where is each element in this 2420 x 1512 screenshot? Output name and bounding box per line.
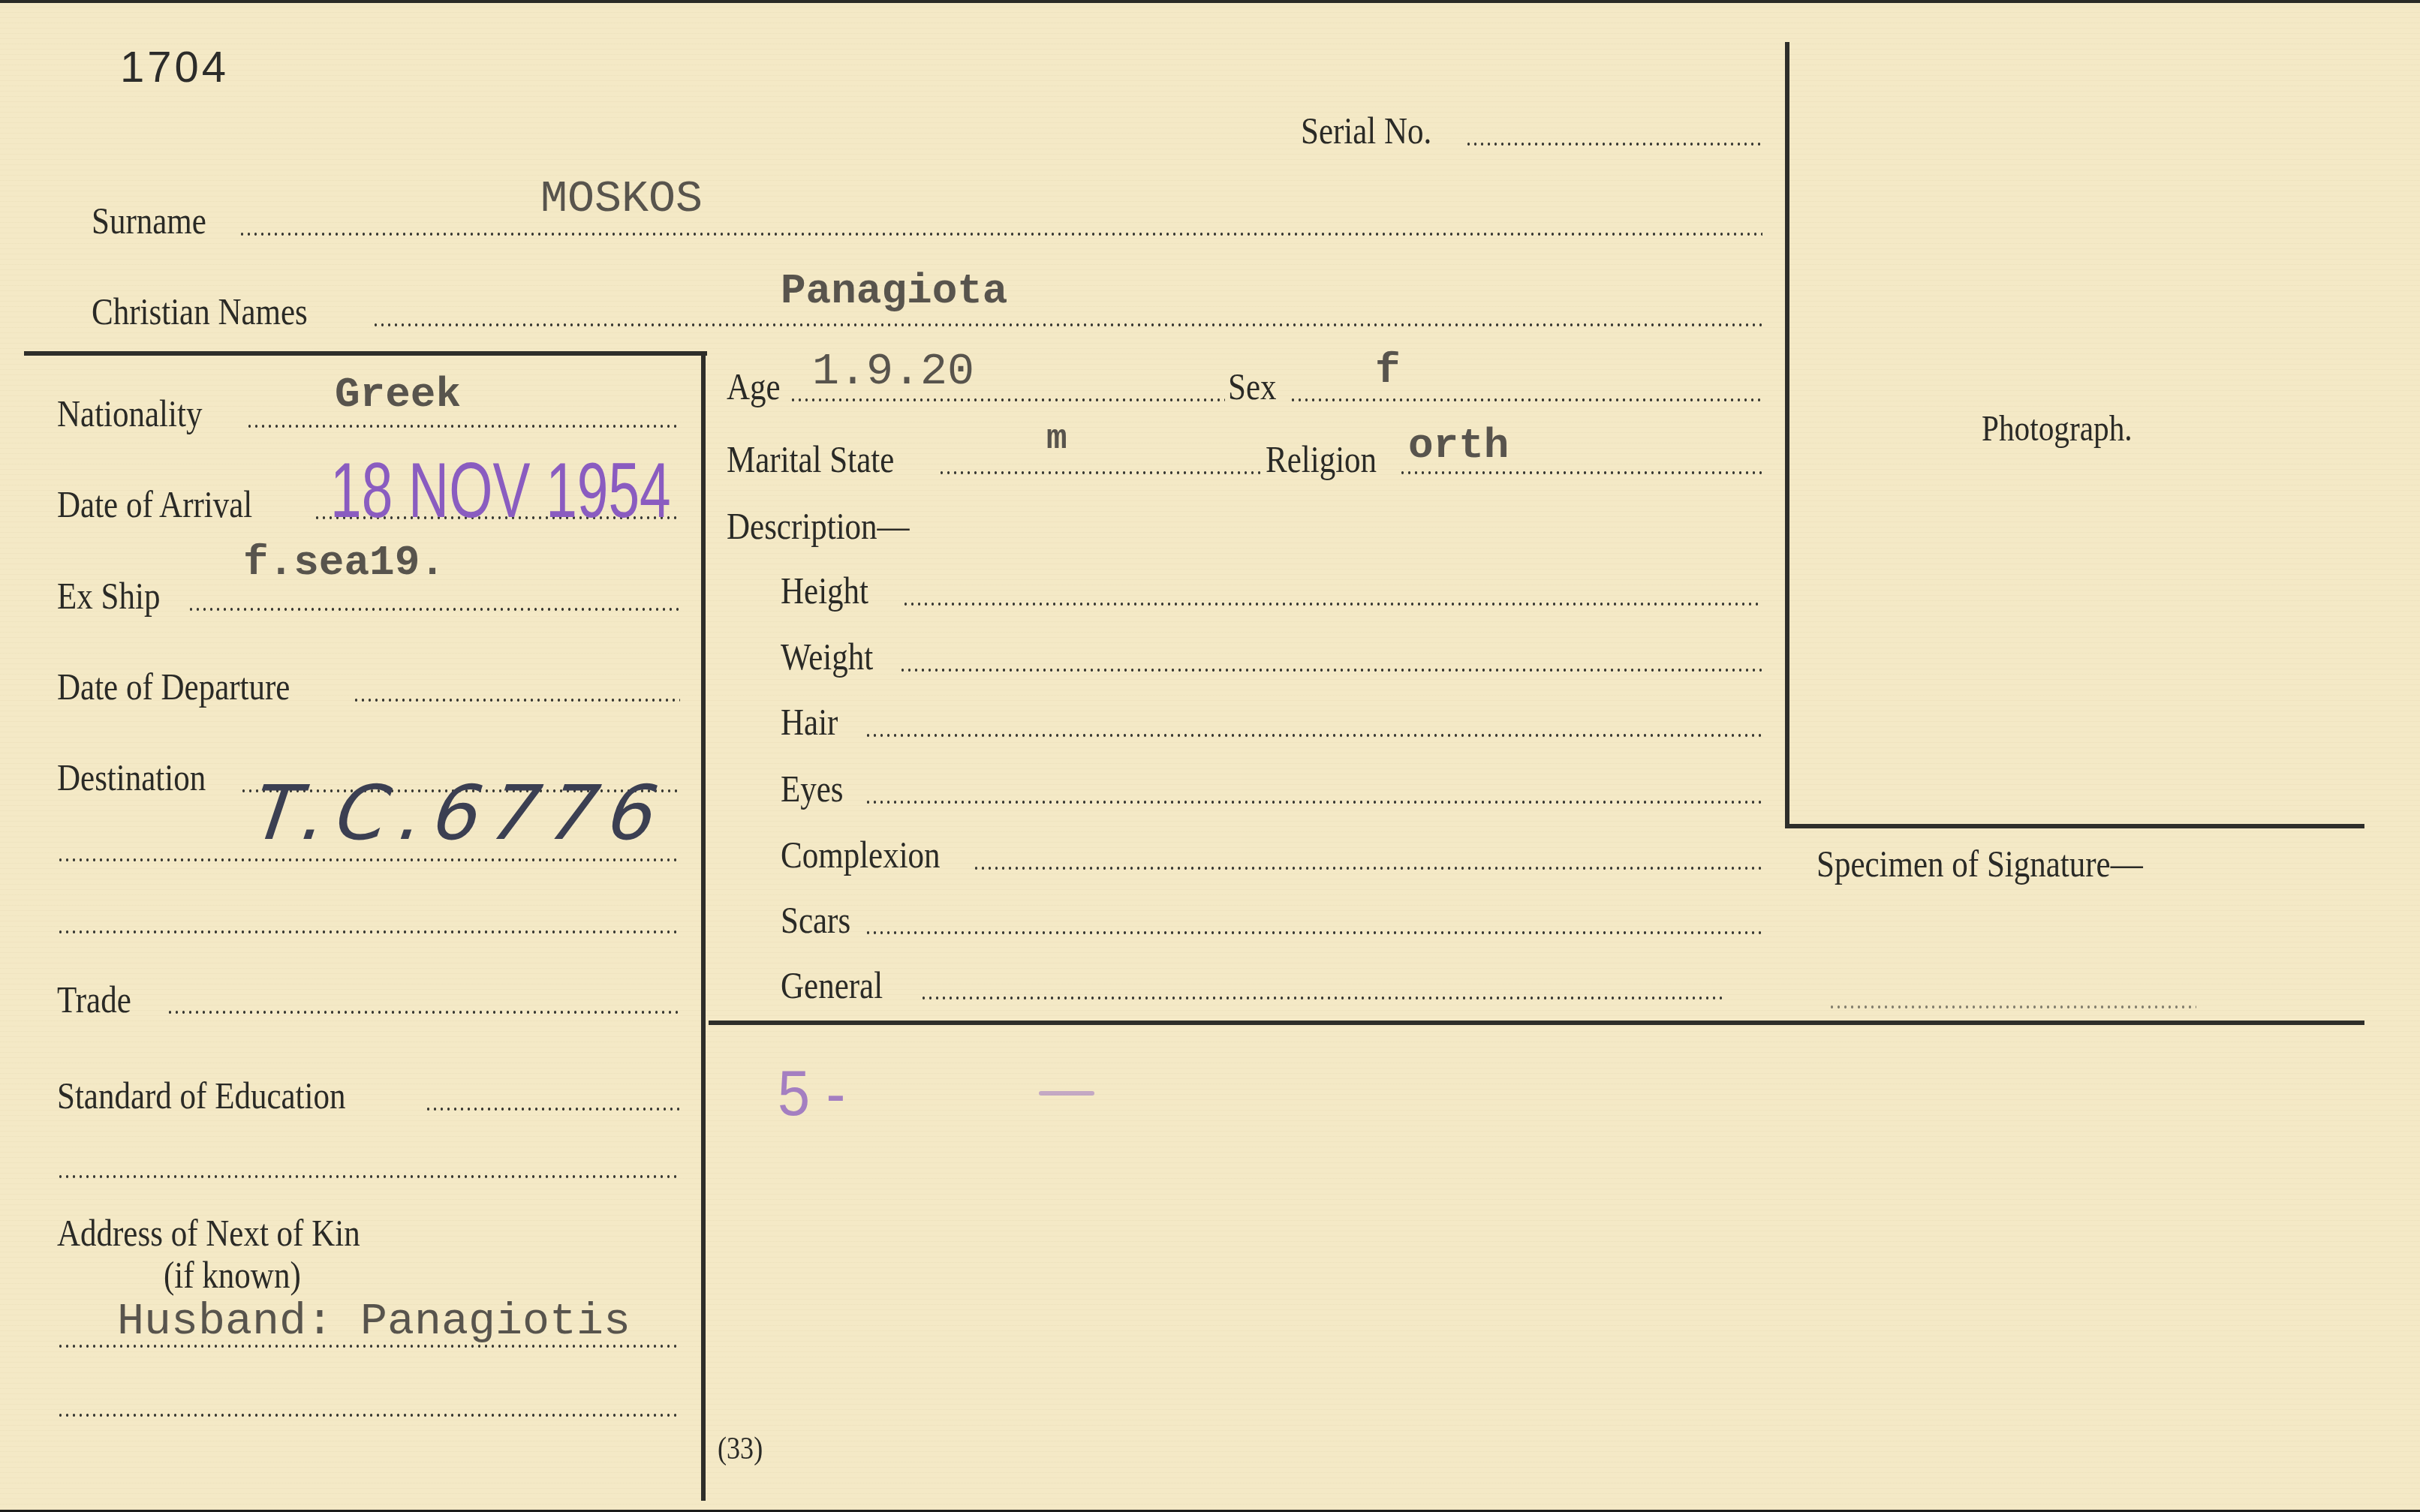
description-bottom-rule [709, 1021, 2364, 1025]
weight-field[interactable] [899, 669, 1762, 672]
photograph-area [1794, 48, 2364, 821]
complexion-label: Complexion [781, 836, 941, 873]
next-of-kin-sublabel: (if known) [164, 1256, 301, 1294]
ex-ship-label: Ex Ship [57, 577, 160, 615]
date-of-departure-field[interactable] [353, 699, 680, 702]
surname-field[interactable] [239, 233, 1762, 236]
age-value: 1.9.20 [812, 350, 974, 395]
next-of-kin-field-line-2[interactable] [57, 1414, 680, 1417]
surname-value: MOSKOS [540, 177, 703, 222]
eyes-label: Eyes [781, 770, 844, 807]
marital-state-label: Marital State [727, 440, 894, 478]
signature-label: Specimen of Signature— [1817, 845, 2143, 882]
standard-of-education-field-line-2[interactable] [57, 1175, 680, 1178]
nationality-label: Nationality [57, 395, 202, 432]
photo-box-bottom-rule [1785, 824, 2364, 828]
ex-ship-value: f.sea19. [243, 542, 445, 584]
signature-field[interactable] [1829, 1005, 2196, 1009]
left-box-top-rule [24, 351, 707, 356]
description-heading: Description— [727, 507, 910, 545]
photo-box-divider [1785, 42, 1789, 827]
hair-label: Hair [781, 703, 838, 741]
marital-state-field[interactable] [938, 471, 1261, 474]
date-of-arrival-label: Date of Arrival [57, 485, 252, 523]
destination-field-line-3[interactable] [57, 930, 680, 933]
general-field[interactable] [920, 996, 1723, 999]
scars-label: Scars [781, 901, 850, 939]
surname-label: Surname [92, 202, 206, 239]
sex-label: Sex [1228, 368, 1277, 405]
registration-card: 1704 Serial No. Surname MOSKOS Christian… [0, 0, 2420, 1510]
date-of-departure-label: Date of Departure [57, 668, 290, 705]
standard-of-education-field[interactable] [425, 1108, 680, 1111]
next-of-kin-field[interactable] [57, 1345, 680, 1348]
eyes-field[interactable] [865, 801, 1762, 804]
religion-field[interactable] [1399, 471, 1762, 474]
trade-label: Trade [57, 981, 131, 1018]
date-of-arrival-stamp: 18 NOV 1954 [330, 452, 671, 530]
complexion-field[interactable] [973, 867, 1762, 870]
destination-label: Destination [57, 759, 206, 796]
height-label: Height [781, 572, 868, 609]
height-field[interactable] [902, 603, 1762, 606]
left-box-divider [701, 351, 706, 1501]
age-field[interactable] [790, 398, 1225, 401]
next-of-kin-value: Husband: Panagiotis [117, 1300, 631, 1345]
religion-label: Religion [1266, 440, 1377, 478]
scars-field[interactable] [865, 931, 1762, 934]
sex-value: f [1375, 350, 1401, 392]
remarks-stamp: 5 - [778, 1061, 845, 1126]
trade-field[interactable] [167, 1011, 680, 1014]
destination-handwritten-value: T.C.6776 [250, 776, 673, 851]
religion-value: orth [1408, 425, 1509, 467]
nationality-value: Greek [335, 374, 461, 416]
weight-label: Weight [781, 638, 873, 675]
card-number: 1704 [120, 42, 229, 92]
sex-field[interactable] [1290, 398, 1762, 401]
christian-names-value: Panagiota [781, 270, 1007, 312]
serial-no-field[interactable] [1465, 143, 1762, 146]
christian-names-label: Christian Names [92, 293, 308, 330]
remarks-stamp-smudge [1039, 1091, 1094, 1096]
next-of-kin-label: Address of Next of Kin [57, 1214, 360, 1252]
nationality-field[interactable] [246, 425, 680, 428]
marital-state-value: m [1046, 422, 1067, 456]
ex-ship-field[interactable] [188, 608, 680, 611]
hair-field[interactable] [865, 734, 1762, 737]
destination-field-line-2[interactable] [57, 858, 680, 861]
serial-no-label: Serial No. [1301, 112, 1431, 149]
form-number: (33) [718, 1433, 763, 1465]
standard-of-education-label: Standard of Education [57, 1077, 346, 1114]
age-label: Age [727, 368, 781, 405]
general-label: General [781, 966, 883, 1004]
christian-names-field[interactable] [372, 323, 1762, 326]
